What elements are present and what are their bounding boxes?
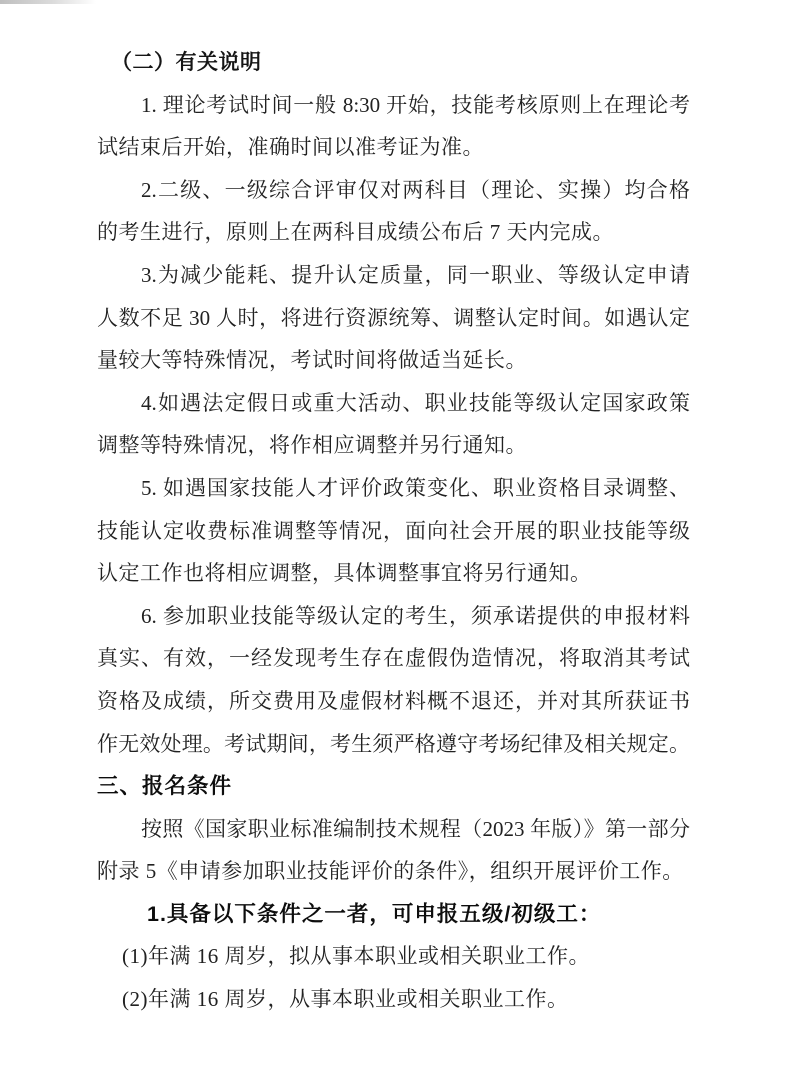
paragraph-line: 2.二级、一级综合评审仅对两科目（理论、实操）均合格 (97, 169, 690, 212)
paragraph-line: 1. 理论考试时间一般 8:30 开始，技能考核原则上在理论考 (97, 84, 690, 127)
paragraph-line: 作无效处理。考试期间，考生须严格遵守考场纪律及相关规定。 (97, 723, 690, 766)
condition-heading-1: 1.具备以下条件之一者，可申报五级/初级工： (97, 893, 690, 936)
paragraph-line: 试结束后开始，准确时间以准考证为准。 (97, 126, 690, 169)
scan-smudge-artifact (0, 0, 96, 4)
paragraph-line: 的考生进行，原则上在两科目成绩公布后 7 天内完成。 (97, 211, 690, 254)
document-body: （二）有关说明 1. 理论考试时间一般 8:30 开始，技能考核原则上在理论考 … (97, 41, 690, 1021)
paragraph-line: 按照《国家职业标准编制技术规程（2023 年版）》第一部分 (97, 808, 690, 851)
paragraph-line: 人数不足 30 人时，将进行资源统筹、调整认定时间。如遇认定 (97, 297, 690, 340)
paragraph-line: 5. 如遇国家技能人才评价政策变化、职业资格目录调整、 (97, 467, 690, 510)
paragraph-line: 调整等特殊情况，将作相应调整并另行通知。 (97, 424, 690, 467)
paragraph-line: 附录 5《申请参加职业技能评价的条件》，组织开展评价工作。 (97, 850, 690, 893)
paragraph-line: 量较大等特殊情况，考试时间将做适当延长。 (97, 339, 690, 382)
paragraph-line: 3.为减少能耗、提升认定质量，同一职业、等级认定申请 (97, 254, 690, 297)
paragraph-line: 技能认定收费标准调整等情况，面向社会开展的职业技能等级 (97, 510, 690, 553)
document-page: （二）有关说明 1. 理论考试时间一般 8:30 开始，技能考核原则上在理论考 … (0, 0, 788, 1066)
section-heading-3: 三、报名条件 (97, 765, 690, 808)
paragraph-line: 资格及成绩，所交费用及虚假材料概不退还，并对其所获证书 (97, 680, 690, 723)
condition-item-1: (1)年满 16 周岁，拟从事本职业或相关职业工作。 (97, 935, 690, 978)
paragraph-line: 认定工作也将相应调整，具体调整事宜将另行通知。 (97, 552, 690, 595)
section-heading-2: （二）有关说明 (97, 41, 690, 84)
paragraph-line: 真实、有效，一经发现考生存在虚假伪造情况，将取消其考试 (97, 637, 690, 680)
paragraph-line: 4.如遇法定假日或重大活动、职业技能等级认定国家政策 (97, 382, 690, 425)
condition-item-2: (2)年满 16 周岁，从事本职业或相关职业工作。 (97, 978, 690, 1021)
paragraph-line: 6. 参加职业技能等级认定的考生，须承诺提供的申报材料 (97, 595, 690, 638)
